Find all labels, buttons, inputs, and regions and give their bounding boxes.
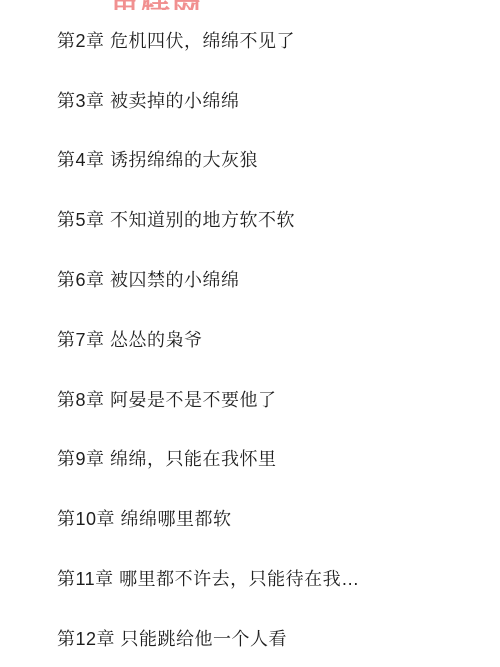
chapter-list-item[interactable]: 第6章 被囚禁的小绵绵: [0, 249, 500, 309]
chapter-title: 第9章 绵绵，只能在我怀里: [57, 445, 277, 471]
chapter-list-item[interactable]: 第2章 危机四伏，绵绵不见了: [0, 10, 500, 70]
chapter-list: 第2章 危机四伏，绵绵不见了 第3章 被卖掉的小绵绵 第4章 诱拐绵绵的大灰狼 …: [0, 10, 500, 667]
chapter-title: 第12章 只能跳给他一个人看: [57, 625, 287, 651]
chapter-title: 第3章 被卖掉的小绵绵: [57, 87, 240, 113]
chapter-title: 第7章 怂怂的枭爷: [57, 326, 203, 352]
chapter-title: 第6章 被囚禁的小绵绵: [57, 266, 240, 292]
chapter-list-item[interactable]: 第3章 被卖掉的小绵绵: [0, 70, 500, 130]
chapter-title: 第2章 危机四伏，绵绵不见了: [57, 27, 295, 53]
chapter-title: 第5章 不知道别的地方软不软: [57, 206, 295, 232]
chapter-list-item[interactable]: 第7章 怂怂的枭爷: [0, 309, 500, 369]
chapter-title: 第4章 诱拐绵绵的大灰狼: [57, 146, 258, 172]
chapter-list-item[interactable]: 第9章 绵绵，只能在我怀里: [0, 429, 500, 489]
chapter-title: 第11章 哪里都不许去，只能待在我…: [57, 565, 360, 591]
chapter-list-item[interactable]: 第12章 只能跳给他一个人看: [0, 608, 500, 667]
chapter-list-item[interactable]: 第11章 哪里都不许去，只能待在我…: [0, 548, 500, 608]
chapter-list-item[interactable]: 第10章 绵绵哪里都软: [0, 488, 500, 548]
chapter-title: 第8章 阿晏是不是不要他了: [57, 386, 277, 412]
chapter-list-item[interactable]: 第8章 阿晏是不是不要他了: [0, 369, 500, 429]
chapter-title: 第10章 绵绵哪里都软: [57, 505, 232, 531]
chapter-list-item[interactable]: 第5章 不知道别的地方软不软: [0, 189, 500, 249]
chapter-list-item[interactable]: 第4章 诱拐绵绵的大灰狼: [0, 130, 500, 190]
